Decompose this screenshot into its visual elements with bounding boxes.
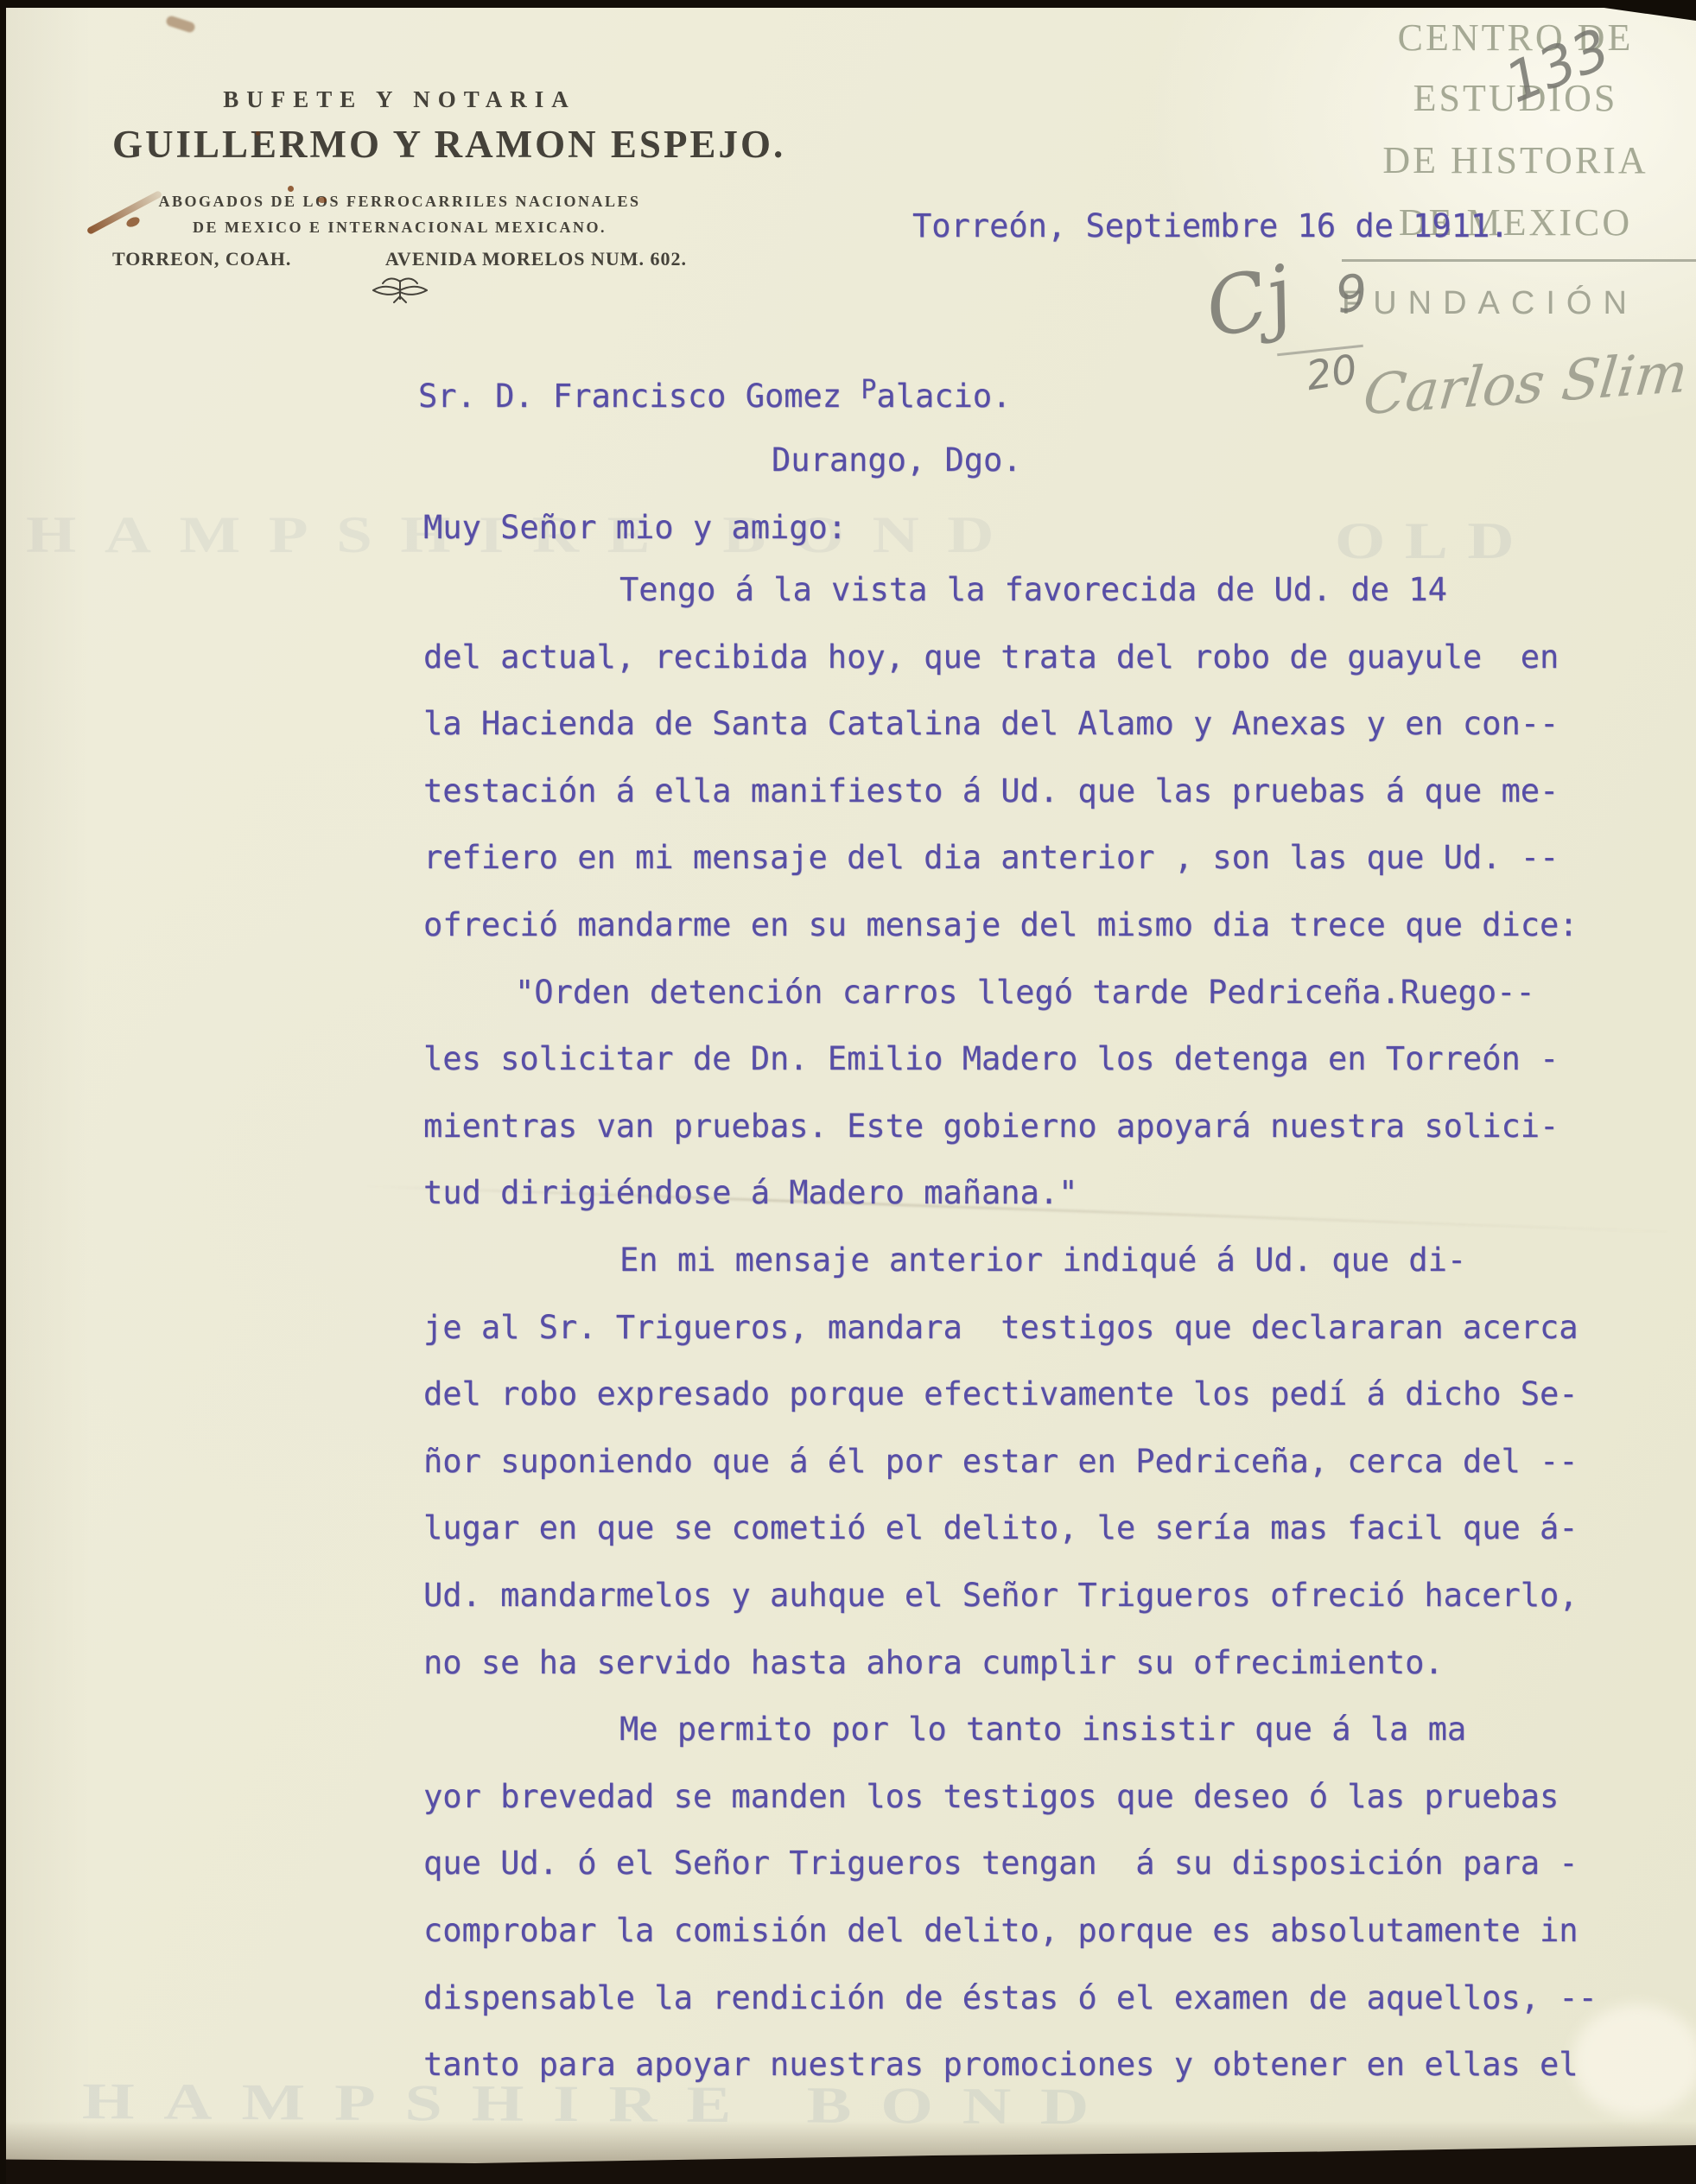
- body-line: En mi mensaje anterior indiqué á Ud. que…: [423, 1244, 1466, 1276]
- body-line: yor brevedad se manden los testigos que …: [423, 1781, 1559, 1813]
- letterhead-address: AVENIDA MORELOS NUM. 602.: [385, 248, 687, 270]
- recipient-name-post: alacio.: [876, 378, 1011, 415]
- ink-speck: [256, 131, 260, 136]
- letterhead-subtitle-line2: DE MEXICO E INTERNACIONAL MEXICANO.: [112, 219, 687, 237]
- dateline: Torreón, Septiembre 16 de 1911.: [912, 210, 1509, 242]
- letter-body: Tengo á la vista la favorecida de Ud. de…: [423, 574, 1650, 2129]
- ink-speck: [288, 186, 294, 192]
- pencil-code-denominator: 20: [1303, 346, 1360, 399]
- letterhead-firm-name: GUILLERMO Y RAMON ESPEJO.: [112, 122, 687, 167]
- recipient-city-line: Durango, Dgo.: [772, 444, 1022, 476]
- recipient-name-line: Sr. D. Francisco Gomez Palacio.: [418, 378, 1011, 412]
- body-line: les solicitar de Dn. Emilio Madero los d…: [423, 1043, 1559, 1075]
- salutation: Muy Señor mio y amigo:: [423, 511, 847, 543]
- letterhead-city: TORREON, COAH.: [112, 248, 291, 270]
- body-line: ofreció mandarme en su mensaje del mismo…: [423, 909, 1578, 941]
- body-line: je al Sr. Trigueros, mandara testigos qu…: [423, 1311, 1578, 1343]
- body-line: que Ud. ó el Señor Trigueros tengan á su…: [423, 1847, 1578, 1879]
- body-line: Ud. mandarmelos y auhque el Señor Trigue…: [423, 1579, 1578, 1611]
- letterhead-ornament-icon: [367, 276, 433, 307]
- body-line: mientras van pruebas. Este gobierno apoy…: [423, 1110, 1559, 1142]
- body-line: refiero en mi mensaje del dia anterior ,…: [423, 841, 1559, 873]
- recipient-name-superscript: P: [861, 375, 876, 405]
- body-line: lugar en que se cometió el delito, le se…: [423, 1512, 1578, 1544]
- body-line: Tengo á la vista la favorecida de Ud. de…: [423, 574, 1447, 606]
- letterhead-office-line: BUFETE Y NOTARIA: [112, 86, 687, 113]
- photo-top-edge: [0, 0, 1696, 8]
- body-line: tud dirigiéndose á Madero mañana.": [423, 1177, 1077, 1209]
- body-line: testación á ella manifiesto á Ud. que la…: [423, 775, 1559, 807]
- archive-watermark-rule: [1342, 259, 1696, 262]
- ink-speck: [318, 197, 327, 203]
- scanned-letter-photo: HAMPSHIRE BOND OLD HAMPSHIRE BOND CENTRO…: [0, 0, 1696, 2184]
- body-line: "Orden detención carros llegó tarde Pedr…: [423, 976, 1535, 1008]
- body-line: tanto para apoyar nuestras promociones y…: [423, 2048, 1578, 2080]
- letterhead: BUFETE Y NOTARIA GUILLERMO Y RAMON ESPEJ…: [112, 86, 687, 307]
- body-line: del actual, recibida hoy, que trata del …: [423, 641, 1559, 673]
- body-line: del robo expresado porque efectivamente …: [423, 1378, 1578, 1410]
- photo-left-edge: [0, 0, 6, 2184]
- body-line: no se ha servido hasta ahora cumplir su …: [423, 1647, 1444, 1679]
- archive-watermark-line: DE HISTORIA: [1335, 138, 1696, 182]
- letterhead-subtitle-line1: ABOGADOS DE LOS FERROCARRILES NACIONALES: [112, 193, 687, 211]
- body-line: ñor suponiendo que á él por estar en Ped…: [423, 1445, 1578, 1477]
- body-line: la Hacienda de Santa Catalina del Alamo …: [423, 708, 1559, 740]
- recipient-name-pre: Sr. D. Francisco Gomez: [418, 378, 861, 415]
- body-line: comprobar la comisión del delito, porque…: [423, 1914, 1578, 1946]
- body-line: dispensable la rendición de éstas ó el e…: [423, 1982, 1598, 2014]
- ghost-watermark-top-right: OLD: [1335, 511, 1534, 571]
- foundation-watermark-label: FUNDACIÓN: [1342, 285, 1638, 322]
- body-line: Me permito por lo tanto insistir que á l…: [423, 1713, 1466, 1745]
